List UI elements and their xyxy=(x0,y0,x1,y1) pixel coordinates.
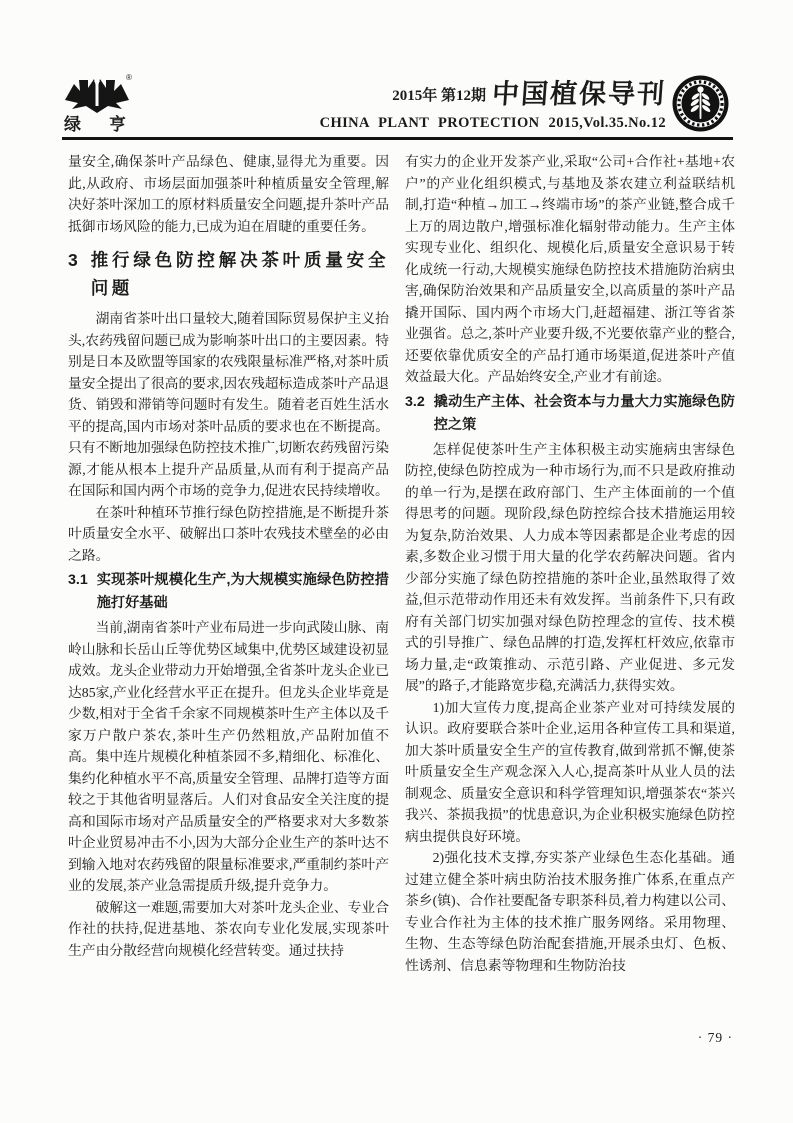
section-title: 推行绿色防控解决茶叶质量安全问题 xyxy=(91,246,389,302)
paragraph: 有实力的企业开发茶产业,采取“公司+合作社+基地+农户”的产业化组织模式,与基地… xyxy=(405,151,735,388)
journal-title-en: CHINA PLANT PROTECTION 2015,Vol.35.No.12 xyxy=(320,115,666,132)
right-column: 有实力的企业开发茶产业,采取“公司+合作社+基地+农户”的产业化组织模式,与基地… xyxy=(405,151,735,976)
section-number: 3.1 xyxy=(68,569,88,615)
section-number: 3 xyxy=(68,246,78,302)
journal-page: ® 绿亨 2015年 第12期中国植保导刊 CHINA PLANT PROTEC… xyxy=(0,0,793,1123)
lvheng-logo-icon xyxy=(64,76,130,114)
journal-title-cn: 中国植保导刊 xyxy=(491,80,667,110)
paragraph: 当前,湖南省茶叶产业布局进一步向武陵山脉、南岭山脉和长岳山丘等优势区域集中,优势… xyxy=(68,617,389,897)
page-number: · 79 · xyxy=(698,1030,733,1046)
section-heading-3-2: 3.2 撬动生产主体、社会资本与力量大力实施绿色防控之策 xyxy=(405,391,735,437)
header-rule xyxy=(62,137,733,140)
paragraph: 破解这一难题,需要加大对茶叶龙头企业、专业合作社的扶持,促进基地、茶农向专业化发… xyxy=(68,897,389,962)
paragraph: 量安全,确保茶叶产品绿色、健康,显得尤为重要。因此,从政府、市场层面加强茶叶种植… xyxy=(68,151,389,237)
publisher-logo-text: 绿亨 xyxy=(64,116,172,134)
paragraph: 怎样促使茶叶生产主体积极主动实施病虫害绿色防控,使绿色防控成为一种市场行为,而不… xyxy=(405,439,735,697)
issue-info: 2015年 第12期 xyxy=(392,88,486,104)
paragraph: 2)强化技术支撑,夯实茶产业绿色生态化基础。通过建立健全茶叶病虫防治技术服务推广… xyxy=(405,847,735,976)
paragraph: 在茶叶种植环节推行绿色防控措施,是不断提升茶叶质量安全水平、破解出口茶叶农残技术… xyxy=(68,502,389,567)
article-body: 量安全,确保茶叶产品绿色、健康,显得尤为重要。因此,从政府、市场层面加强茶叶种植… xyxy=(68,151,735,976)
publisher-logo: ® 绿亨 xyxy=(64,76,144,134)
journal-masthead: 2015年 第12期中国植保导刊 CHINA PLANT PROTECTION … xyxy=(320,80,666,132)
left-column: 量安全,确保茶叶产品绿色、健康,显得尤为重要。因此,从政府、市场层面加强茶叶种植… xyxy=(68,151,389,976)
paragraph: 湖南省茶叶出口量较大,随着国际贸易保护主义抬头,农药残留问题已成为影响茶叶出口的… xyxy=(68,308,389,502)
section-heading-3-1: 3.1 实现茶叶规模化生产,为大规模实施绿色防控措施打好基础 xyxy=(68,569,389,615)
journal-emblem-icon xyxy=(672,75,729,132)
section-heading-3: 3 推行绿色防控解决茶叶质量安全问题 xyxy=(68,246,389,302)
section-title: 实现茶叶规模化生产,为大规模实施绿色防控措施打好基础 xyxy=(97,569,389,615)
paragraph: 1)加大宣传力度,提高企业茶产业对可持续发展的认识。政府要联合茶叶企业,运用各种… xyxy=(405,697,735,848)
section-number: 3.2 xyxy=(405,391,425,437)
section-title: 撬动生产主体、社会资本与力量大力实施绿色防控之策 xyxy=(434,391,735,437)
registered-mark: ® xyxy=(126,73,132,82)
